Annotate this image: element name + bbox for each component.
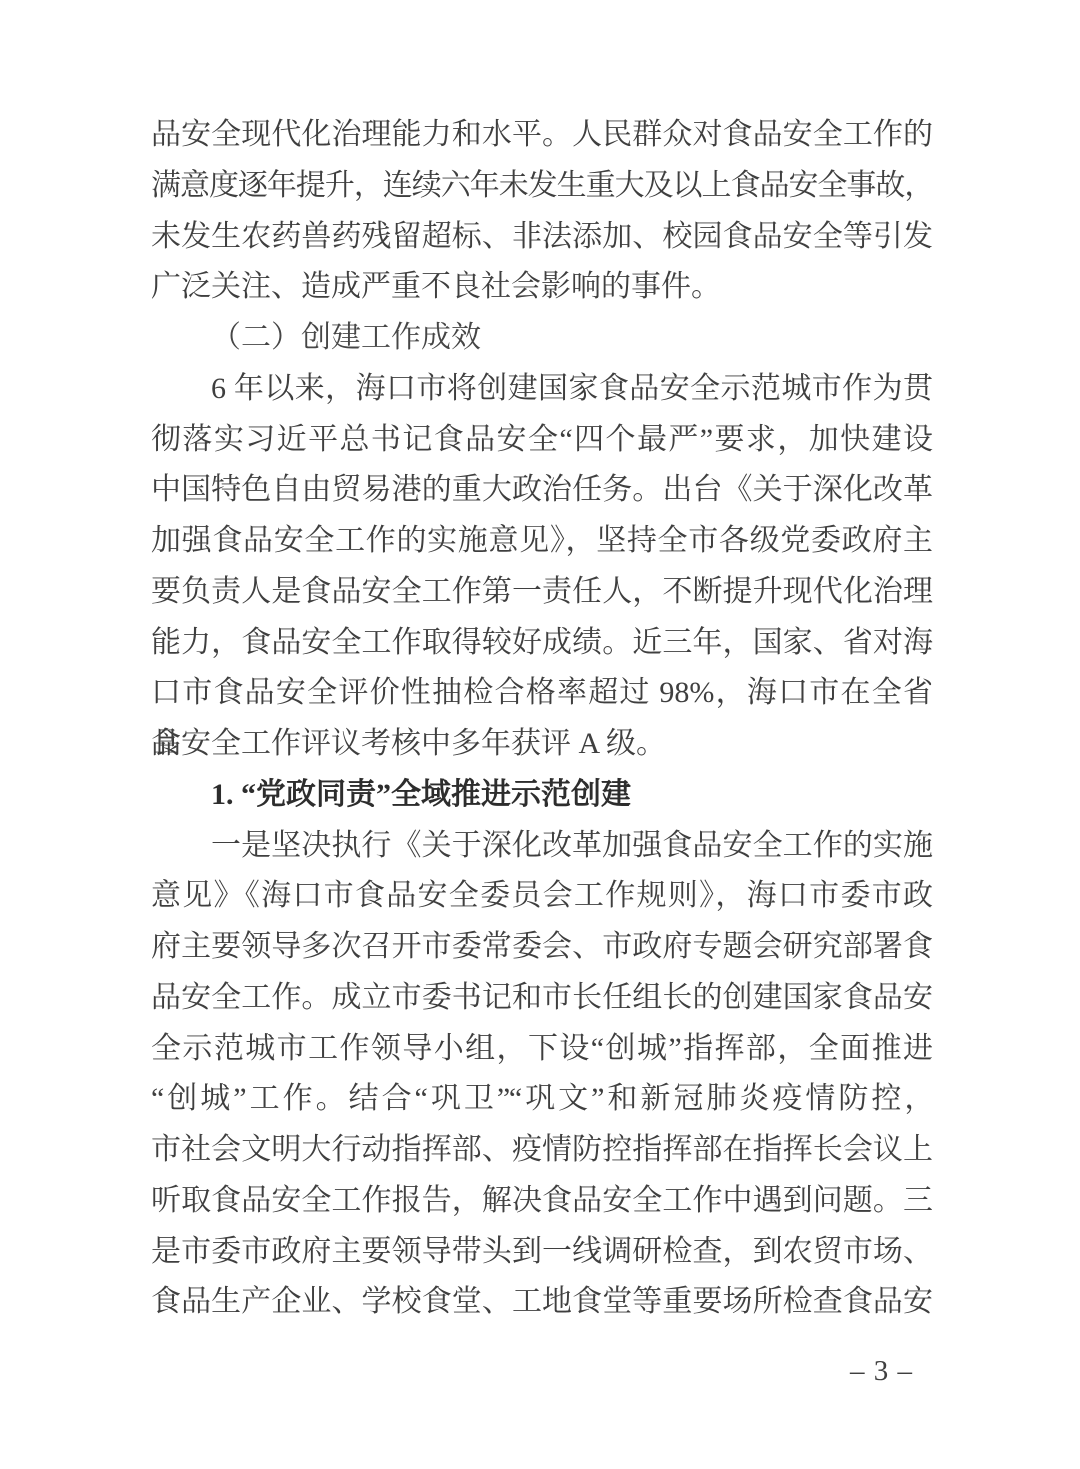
text-line-6: 6 年以来，海口市将创建国家食品安全示范城市作为贯: [151, 364, 933, 415]
text-line-15: 一是坚决执行《关于深化改革加强食品安全工作的实施: [151, 821, 933, 872]
text-line-20: “创城”工作。结合“巩卫”“巩文”和新冠肺炎疫情防控，: [151, 1074, 933, 1125]
text-line-5: （二）创建工作成效: [151, 313, 933, 364]
text-line-22: 听取食品安全工作报告，解决食品安全工作中遇到问题。三: [151, 1176, 933, 1227]
text-line-16: 意见》《海口市食品安全委员会工作规则》，海口市委市政: [151, 871, 933, 922]
text-line-8: 中国特色自由贸易港的重大政治任务。出台《关于深化改革: [151, 465, 933, 516]
document-page: 品安全现代化治理能力和水平。人民群众对食品安全工作的满意度逐年提升，连续六年未发…: [0, 0, 1080, 1469]
text-line-12: 口市食品安全评价性抽检合格率超过 98%，海口市在全省食: [151, 668, 933, 719]
text-line-7: 彻落实习近平总书记食品安全“四个最严”要求，加快建设: [151, 415, 933, 466]
page-number: – 3 –: [850, 1354, 913, 1388]
text-line-14: 1. “党政同责”全域推进示范创建: [151, 770, 933, 821]
text-line-9: 加强食品安全工作的实施意见》，坚持全市各级党委政府主: [151, 516, 933, 567]
text-line-2: 满意度逐年提升，连续六年未发生重大及以上食品安全事故，: [151, 161, 933, 212]
text-line-11: 能力，食品安全工作取得较好成绩。近三年，国家、省对海: [151, 618, 933, 669]
text-line-24: 食品生产企业、学校食堂、工地食堂等重要场所检查食品安: [151, 1277, 933, 1328]
text-line-23: 是市委市政府主要领导带头到一线调研检查，到农贸市场、: [151, 1227, 933, 1278]
text-line-21: 市社会文明大行动指挥部、疫情防控指挥部在指挥长会议上: [151, 1125, 933, 1176]
document-body: 品安全现代化治理能力和水平。人民群众对食品安全工作的满意度逐年提升，连续六年未发…: [151, 110, 933, 1328]
text-line-13: 品安全工作评议考核中多年获评 A 级。: [151, 719, 933, 770]
text-line-4: 广泛关注、造成严重不良社会影响的事件。: [151, 262, 933, 313]
text-line-19: 全示范城市工作领导小组，下设“创城”指挥部，全面推进: [151, 1024, 933, 1075]
text-line-1: 品安全现代化治理能力和水平。人民群众对食品安全工作的: [151, 110, 933, 161]
text-line-17: 府主要领导多次召开市委常委会、市政府专题会研究部署食: [151, 922, 933, 973]
text-line-18: 品安全工作。成立市委书记和市长任组长的创建国家食品安: [151, 973, 933, 1024]
text-line-10: 要负责人是食品安全工作第一责任人，不断提升现代化治理: [151, 567, 933, 618]
text-line-3: 未发生农药兽药残留超标、非法添加、校园食品安全等引发: [151, 212, 933, 263]
